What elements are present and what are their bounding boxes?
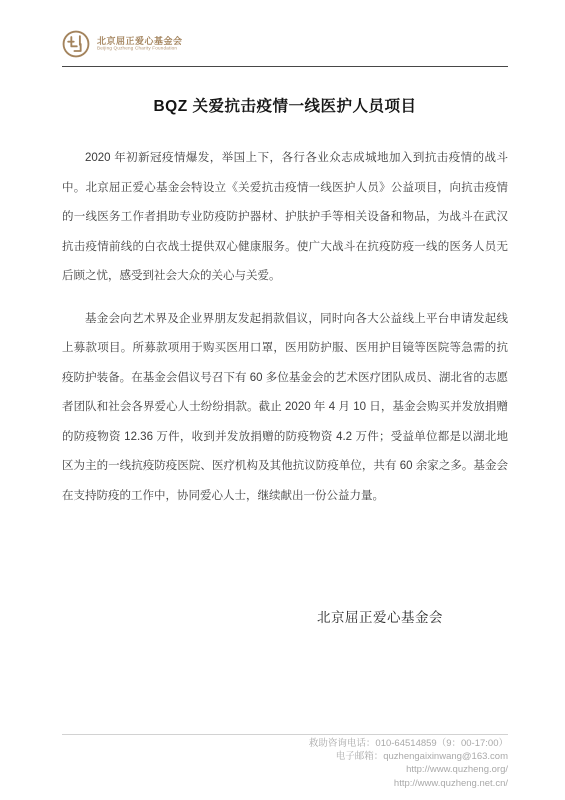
foundation-logo-icon [62,30,90,58]
document-body: 2020 年初新冠疫情爆发，举国上下，各行各业众志成城地加入到抗击疫情的战斗中。… [62,144,508,511]
document-page: 北京屈正爱心基金会 Beijing Quzheng Charity Founda… [0,0,565,800]
org-name-en: Beijing Quzheng Charity Foundation [97,46,177,52]
footer-email: 电子邮箱：quzhengaixinwang@163.com [62,750,508,763]
signature: 北京屈正爱心基金会 [62,606,508,626]
footer-hotline: 救助咨询电话：010-64514859（9：00-17:00） [62,737,508,750]
body-paragraph-1: 2020 年初新冠疫情爆发，举国上下，各行各业众志成城地加入到抗击疫情的战斗中。… [62,144,508,292]
document-footer: 救助咨询电话：010-64514859（9：00-17:00） 电子邮箱：quz… [62,737,508,790]
page-title: BQZ 关爱抗击疫情一线医护人员项目 [62,94,508,116]
org-name-zh: 北京屈正爱心基金会 [97,36,184,46]
footer-divider [62,734,508,735]
body-paragraph-2: 基金会向艺术界及企业界朋友发起捐款倡议，同时向各大公益线上平台申请发起线上募款项… [62,305,508,512]
header-divider [62,66,508,67]
org-name-block: 北京屈正爱心基金会 Beijing Quzheng Charity Founda… [97,30,184,53]
document-header: 北京屈正爱心基金会 Beijing Quzheng Charity Founda… [62,30,508,58]
footer-website-2: http://www.quzheng.net.cn/ [62,777,508,790]
footer-website-1: http://www.quzheng.org/ [62,763,508,776]
